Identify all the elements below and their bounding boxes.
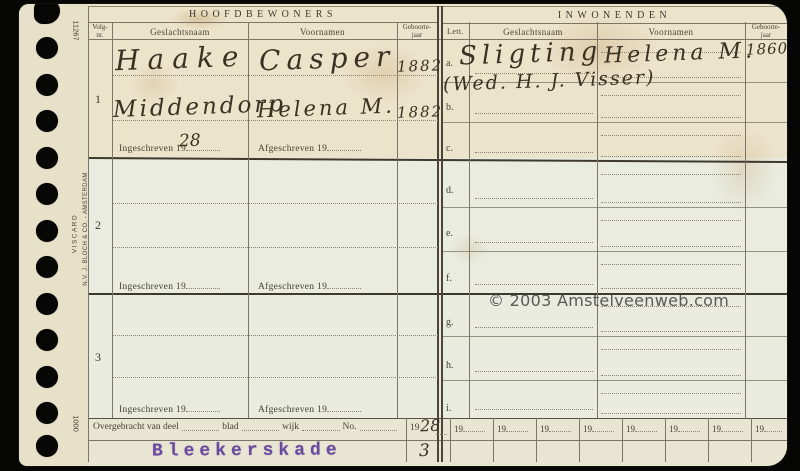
column-header-geslachtsnaam-right: Geslachtsnaam (469, 27, 597, 37)
section-title-inwonenden: INWONENDEN (442, 10, 787, 21)
entry-line (601, 331, 741, 332)
row-letter: b. (446, 102, 454, 113)
entry-line (112, 203, 438, 204)
dotted-fill (327, 280, 361, 289)
scanned-register-card: 11267 VISCARD N.V. J. BLOCH & CO. - AMST… (0, 0, 800, 471)
entry-line (475, 152, 593, 153)
grid-line (622, 418, 623, 462)
entry-line (475, 327, 593, 328)
blad-label: blad (222, 422, 238, 432)
ingeschreven-text: Ingeschreven 19 (119, 282, 186, 292)
punch-hole (36, 183, 58, 205)
entry-line (601, 95, 741, 96)
block-number: 1 (95, 92, 101, 107)
entry-line (475, 371, 593, 372)
row-letter: d. (446, 185, 454, 196)
grid-line (397, 22, 398, 418)
entry-line (601, 246, 741, 247)
year-cell: 19 (669, 424, 700, 434)
grid-line (708, 418, 709, 462)
geboortejaar-line2: jaar (761, 31, 772, 39)
punch-hole (36, 293, 58, 315)
no-label: No. (343, 422, 357, 432)
dotted-fill (186, 280, 220, 289)
grid-line (536, 418, 537, 462)
entry-line (475, 198, 593, 199)
grid-line (88, 6, 89, 462)
column-header-lett: Lett. (442, 27, 469, 36)
dotted-fill (327, 142, 361, 151)
year-cell: 19 (626, 424, 657, 434)
year-cell: 19 (497, 424, 528, 434)
entry-line (601, 202, 741, 203)
handwritten-birthyear: 1882 (397, 102, 444, 122)
punch-hole (36, 74, 58, 96)
handwritten-surname: Haake (114, 40, 246, 78)
copyright-watermark: © 2003 Amstelveenweb.com (488, 291, 729, 310)
ingeschreven-label: Ingeschreven 19 (119, 280, 220, 292)
entry-line (601, 393, 741, 394)
column-header-geboortejaar-right: Geboorte- jaar (745, 24, 787, 39)
handwritten-year: 28 (420, 416, 441, 436)
column-header-geboortejaar-left: Geboorte- jaar (397, 24, 437, 39)
entry-line (601, 174, 741, 175)
dotted-fill (506, 424, 528, 432)
grid-line (493, 418, 494, 462)
entry-line (601, 375, 741, 376)
entry-line (601, 156, 741, 157)
overgebracht-label: Overgebracht van deel (93, 422, 179, 432)
grid-line (442, 336, 787, 337)
ingeschreven-label: Ingeschreven 19 (119, 403, 220, 415)
grid-line (442, 207, 787, 208)
year-cell: 19 (755, 424, 782, 434)
dotted-fill (764, 424, 782, 432)
entry-line (601, 264, 741, 265)
grid-line (745, 22, 746, 418)
dotted-fill (302, 422, 339, 431)
street-name-stamp: Bleekerskade (152, 441, 342, 462)
handwritten-birthyear: 1882 (397, 56, 444, 76)
entry-line (475, 242, 593, 243)
dotted-fill (678, 424, 700, 432)
handwritten-firstname: Helena M. (604, 38, 757, 68)
dotted-fill (182, 422, 219, 431)
geboortejaar-line2: jaar (412, 31, 423, 39)
grid-line (442, 380, 787, 381)
afgeschreven-label: Afgeschreven 19 (258, 142, 361, 154)
year-cell: 19 (583, 424, 614, 434)
dotted-fill (592, 424, 614, 432)
grid-line (406, 418, 407, 462)
year-cell-label: 19 (583, 424, 592, 434)
handwritten-firstname: Casper (258, 40, 395, 78)
punch-hole (36, 256, 58, 278)
row-letter: h. (446, 360, 454, 371)
entry-line (601, 135, 741, 136)
dotted-fill (327, 403, 361, 412)
row-letter: a. (446, 58, 453, 69)
dotted-fill (721, 424, 743, 432)
dotted-fill (436, 434, 447, 435)
grid-line (579, 418, 580, 462)
stock-number-top: 11267 (72, 11, 81, 51)
paper-band-lower (19, 294, 787, 418)
grid-line (88, 22, 438, 23)
year-cell-label: 19 (669, 424, 678, 434)
handwritten-serial: 3 (419, 441, 431, 461)
entry-line (601, 288, 741, 289)
handwritten-year-registered: 28 (179, 131, 201, 152)
block-number: 3 (95, 350, 101, 365)
ingeschreven-text: Ingeschreven 19 (119, 405, 186, 415)
punch-hole (36, 435, 58, 457)
entry-line (112, 377, 438, 378)
card-paper: 11267 VISCARD N.V. J. BLOCH & CO. - AMST… (19, 4, 787, 466)
punch-hole (36, 329, 58, 351)
handwritten-firstname: Helena M. (257, 94, 396, 123)
row-letter: f. (446, 273, 452, 284)
year-cell-label: 19 (755, 424, 764, 434)
year-cell-label: 19 (626, 424, 635, 434)
stock-number-bottom: 1000 (72, 412, 81, 436)
entry-line (601, 117, 741, 118)
dotted-fill (242, 422, 279, 431)
entry-line (475, 113, 593, 114)
entry-line (112, 247, 438, 248)
punch-hole (36, 37, 58, 59)
column-header-volgnr-line2: nr. (96, 31, 103, 39)
afgeschreven-text: Afgeschreven 19 (258, 405, 327, 415)
handwritten-birthyear: 1860 (746, 39, 787, 58)
grid-line (442, 251, 787, 252)
entry-line (475, 409, 593, 410)
year-cell-label: 19 (454, 424, 463, 434)
section-title-hoofdbewoners: HOOFDBEWONERS (88, 9, 438, 20)
row-letter: i. (446, 403, 451, 414)
entry-line (475, 284, 593, 285)
grid-line (442, 23, 787, 24)
column-header-voornamen-right: Voornamen (597, 27, 745, 37)
grid-line (450, 418, 451, 462)
grid-line (112, 22, 113, 418)
grid-line (751, 418, 752, 462)
afgeschreven-text: Afgeschreven 19 (258, 144, 327, 154)
column-header-geslachtsnaam-left: Geslachtsnaam (112, 27, 248, 37)
ingeschreven-label: Ingeschreven 19 (119, 142, 220, 154)
afgeschreven-text: Afgeschreven 19 (258, 282, 327, 292)
printer-name-vertical: VISCARD (72, 212, 79, 256)
punch-hole (36, 220, 58, 242)
grid-line (442, 122, 787, 123)
column-header-volgnr: Volg- nr. (88, 24, 112, 39)
year-cell-label: 19 (540, 424, 549, 434)
grid-line (665, 418, 666, 462)
column-header-voornamen-left: Voornamen (248, 27, 397, 37)
block-number: 2 (95, 218, 101, 233)
dotted-fill (360, 422, 397, 431)
dotted-fill (549, 424, 571, 432)
year-cell: 19 (540, 424, 571, 434)
row-letter: e. (446, 228, 453, 239)
wijk-label: wijk (282, 422, 299, 432)
row-letter: c. (446, 143, 453, 154)
punch-hole (36, 402, 58, 424)
afgeschreven-label: Afgeschreven 19 (258, 403, 361, 415)
year-cell-prefix: 19 (410, 423, 420, 433)
year-cell-label: 19 (712, 424, 721, 434)
punch-hole (36, 366, 58, 388)
entry-line (601, 349, 741, 350)
handwritten-surname: Sligting (459, 37, 603, 72)
entry-line (112, 335, 438, 336)
punch-hole (36, 110, 58, 132)
dotted-fill (463, 424, 485, 432)
afgeschreven-label: Afgeschreven 19 (258, 280, 361, 292)
paper-band-middle (19, 158, 787, 294)
row-letter: g. (446, 317, 454, 328)
punch-hole (36, 147, 58, 169)
entry-line (601, 220, 741, 221)
ingeschreven-text: Ingeschreven 19 (119, 144, 186, 154)
entry-line (601, 413, 741, 414)
overgebracht-row: Overgebracht van deel blad wijk No. (93, 422, 400, 432)
year-cell: 19 (712, 424, 743, 434)
dotted-fill (186, 403, 220, 412)
dotted-fill (635, 424, 657, 432)
grid-line (248, 22, 249, 418)
year-cell: 19 (454, 424, 485, 434)
year-cell-label: 19 (497, 424, 506, 434)
